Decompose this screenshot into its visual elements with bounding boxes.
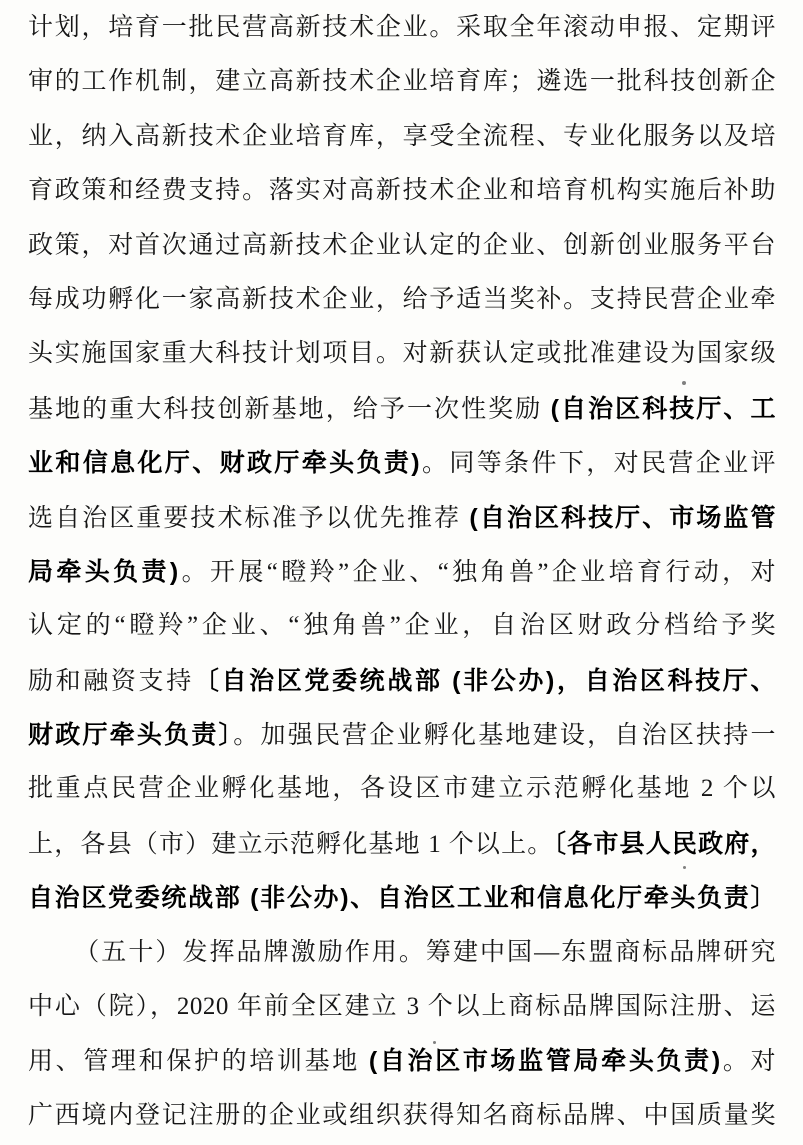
responsible-agency-bold-text: (自治区科技厅、工 [551,395,776,423]
text-line: 基地的重大科技创新基地，给予一次性奖励 (自治区科技厅、工 [28,382,776,436]
responsible-agency-bold-text: 业和信息化厅、财政厅牵头负责) [28,449,420,477]
text-line: 计划，培育一批民营高新技术企业。采取全年滚动申报、定期评 [28,1,776,55]
text-line: 局牵头负责)。开展“瞪羚”企业、“独角兽”企业培育行动，对 [28,545,776,599]
body-text: 业，纳入高新技术企业培育库，享受全流程、专业化服务以及培 [28,123,776,150]
document-text-block: 计划，培育一批民营高新技术企业。采取全年滚动申报、定期评审的工作机制，建立高新技… [28,1,776,1143]
text-line: 认定的“瞪羚”企业、“独角兽”企业，自治区财政分档给予奖 [28,599,776,653]
responsible-agency-bold-text: (自治区科技厅、市场监管 [469,504,776,532]
text-line: 广西境内登记注册的企业或组织获得知名商标品牌、中国质量奖 [28,1089,776,1143]
responsible-agency-bold-text: 〔自治区党委统战部 (非公办)，自治区科技厅、 [194,667,776,695]
text-line: 选自治区重要技术标准予以优先推荐 (自治区科技厅、市场监管 [28,491,776,545]
body-text: 中心（院），2020 年前全区建立 3 个以上商标品牌国际注册、运 [28,993,776,1020]
scan-noise-dot [433,1041,436,1044]
body-text: 育政策和经费支持。落实对高新技术企业和培育机构实施后补助 [28,177,776,204]
body-text: 广西境内登记注册的企业或组织获得知名商标品牌、中国质量奖 [28,1102,776,1129]
text-line: 批重点民营企业孵化基地，各设区市建立示范孵化基地 2 个以 [28,762,776,816]
text-line: 政策，对首次通过高新技术企业认定的企业、创新创业服务平台 [28,219,776,273]
text-line: （五十）发挥品牌激励作用。筹建中国—东盟商标品牌研究 [28,926,776,980]
text-line: 用、管理和保护的培训基地 (自治区市场监管局牵头负责)。对 [28,1034,776,1088]
text-line: 财政厅牵头负责〕。加强民营企业孵化基地建设，自治区扶持一 [28,708,776,762]
text-line: 育政策和经费支持。落实对高新技术企业和培育机构实施后补助 [28,164,776,218]
body-text: 励和融资支持 [28,668,194,695]
body-text: 认定的“瞪羚”企业、“独角兽”企业，自治区财政分档给予奖 [28,612,776,639]
text-line: 中心（院），2020 年前全区建立 3 个以上商标品牌国际注册、运 [28,980,776,1034]
scan-noise-dot [682,381,686,385]
body-text: 每成功孵化一家高新技术企业，给予适当奖补。支持民营企业牵 [28,286,776,313]
document-page: 计划，培育一批民营高新技术企业。采取全年滚动申报、定期评审的工作机制，建立高新技… [0,0,803,1145]
body-text: 。对 [721,1048,776,1075]
text-line: 上，各县（市）建立示范孵化基地 1 个以上。〔各市县人民政府， [28,817,776,871]
text-line: 业和信息化厅、财政厅牵头负责)。同等条件下，对民营企业评 [28,436,776,490]
body-text: 头实施国家重大科技计划项目。对新获认定或批准建设为国家级 [28,340,776,367]
text-line: 业，纳入高新技术企业培育库，享受全流程、专业化服务以及培 [28,110,776,164]
body-text: 。同等条件下，对民营企业评 [420,450,776,477]
body-text: 用、管理和保护的培训基地 [28,1048,369,1075]
responsible-agency-bold-text: 〔各市县人民政府， [553,830,776,858]
body-text: 政策，对首次通过高新技术企业认定的企业、创新创业服务平台 [28,232,776,259]
scan-noise-dot [683,866,686,869]
body-text: 上，各县（市）建立示范孵化基地 1 个以上。 [28,831,553,858]
body-text: 基地的重大科技创新基地，给予一次性奖励 [28,396,551,423]
body-text: 审的工作机制，建立高新技术企业培育库；遴选一批科技创新企 [28,68,776,95]
body-text: 。开展“瞪羚”企业、“独角兽”企业培育行动，对 [179,559,776,586]
body-text: （五十）发挥品牌激励作用。筹建中国—东盟商标品牌研究 [74,939,776,966]
text-line: 审的工作机制，建立高新技术企业培育库；遴选一批科技创新企 [28,55,776,109]
body-text: 批重点民营企业孵化基地，各设区市建立示范孵化基地 2 个以 [28,775,776,802]
text-line: 每成功孵化一家高新技术企业，给予适当奖补。支持民营企业牵 [28,273,776,327]
body-text: 计划，培育一批民营高新技术企业。采取全年滚动申报、定期评 [28,14,776,41]
text-line: 励和融资支持〔自治区党委统战部 (非公办)，自治区科技厅、 [28,654,776,708]
body-text: 选自治区重要技术标准予以优先推荐 [28,505,469,532]
responsible-agency-bold-text: 局牵头负责) [28,558,179,586]
responsible-agency-bold-text: 财政厅牵头负责〕 [28,721,233,749]
responsible-agency-bold-text: (自治区市场监管局牵头负责) [369,1047,721,1075]
body-text: 。加强民营企业孵化基地建设，自治区扶持一 [233,722,776,749]
text-line: 自治区党委统战部 (非公办)、自治区工业和信息化厅牵头负责〕 [28,871,776,925]
responsible-agency-bold-text: 自治区党委统战部 (非公办)、自治区工业和信息化厅牵头负责〕 [28,884,776,912]
text-line: 头实施国家重大科技计划项目。对新获认定或批准建设为国家级 [28,327,776,381]
